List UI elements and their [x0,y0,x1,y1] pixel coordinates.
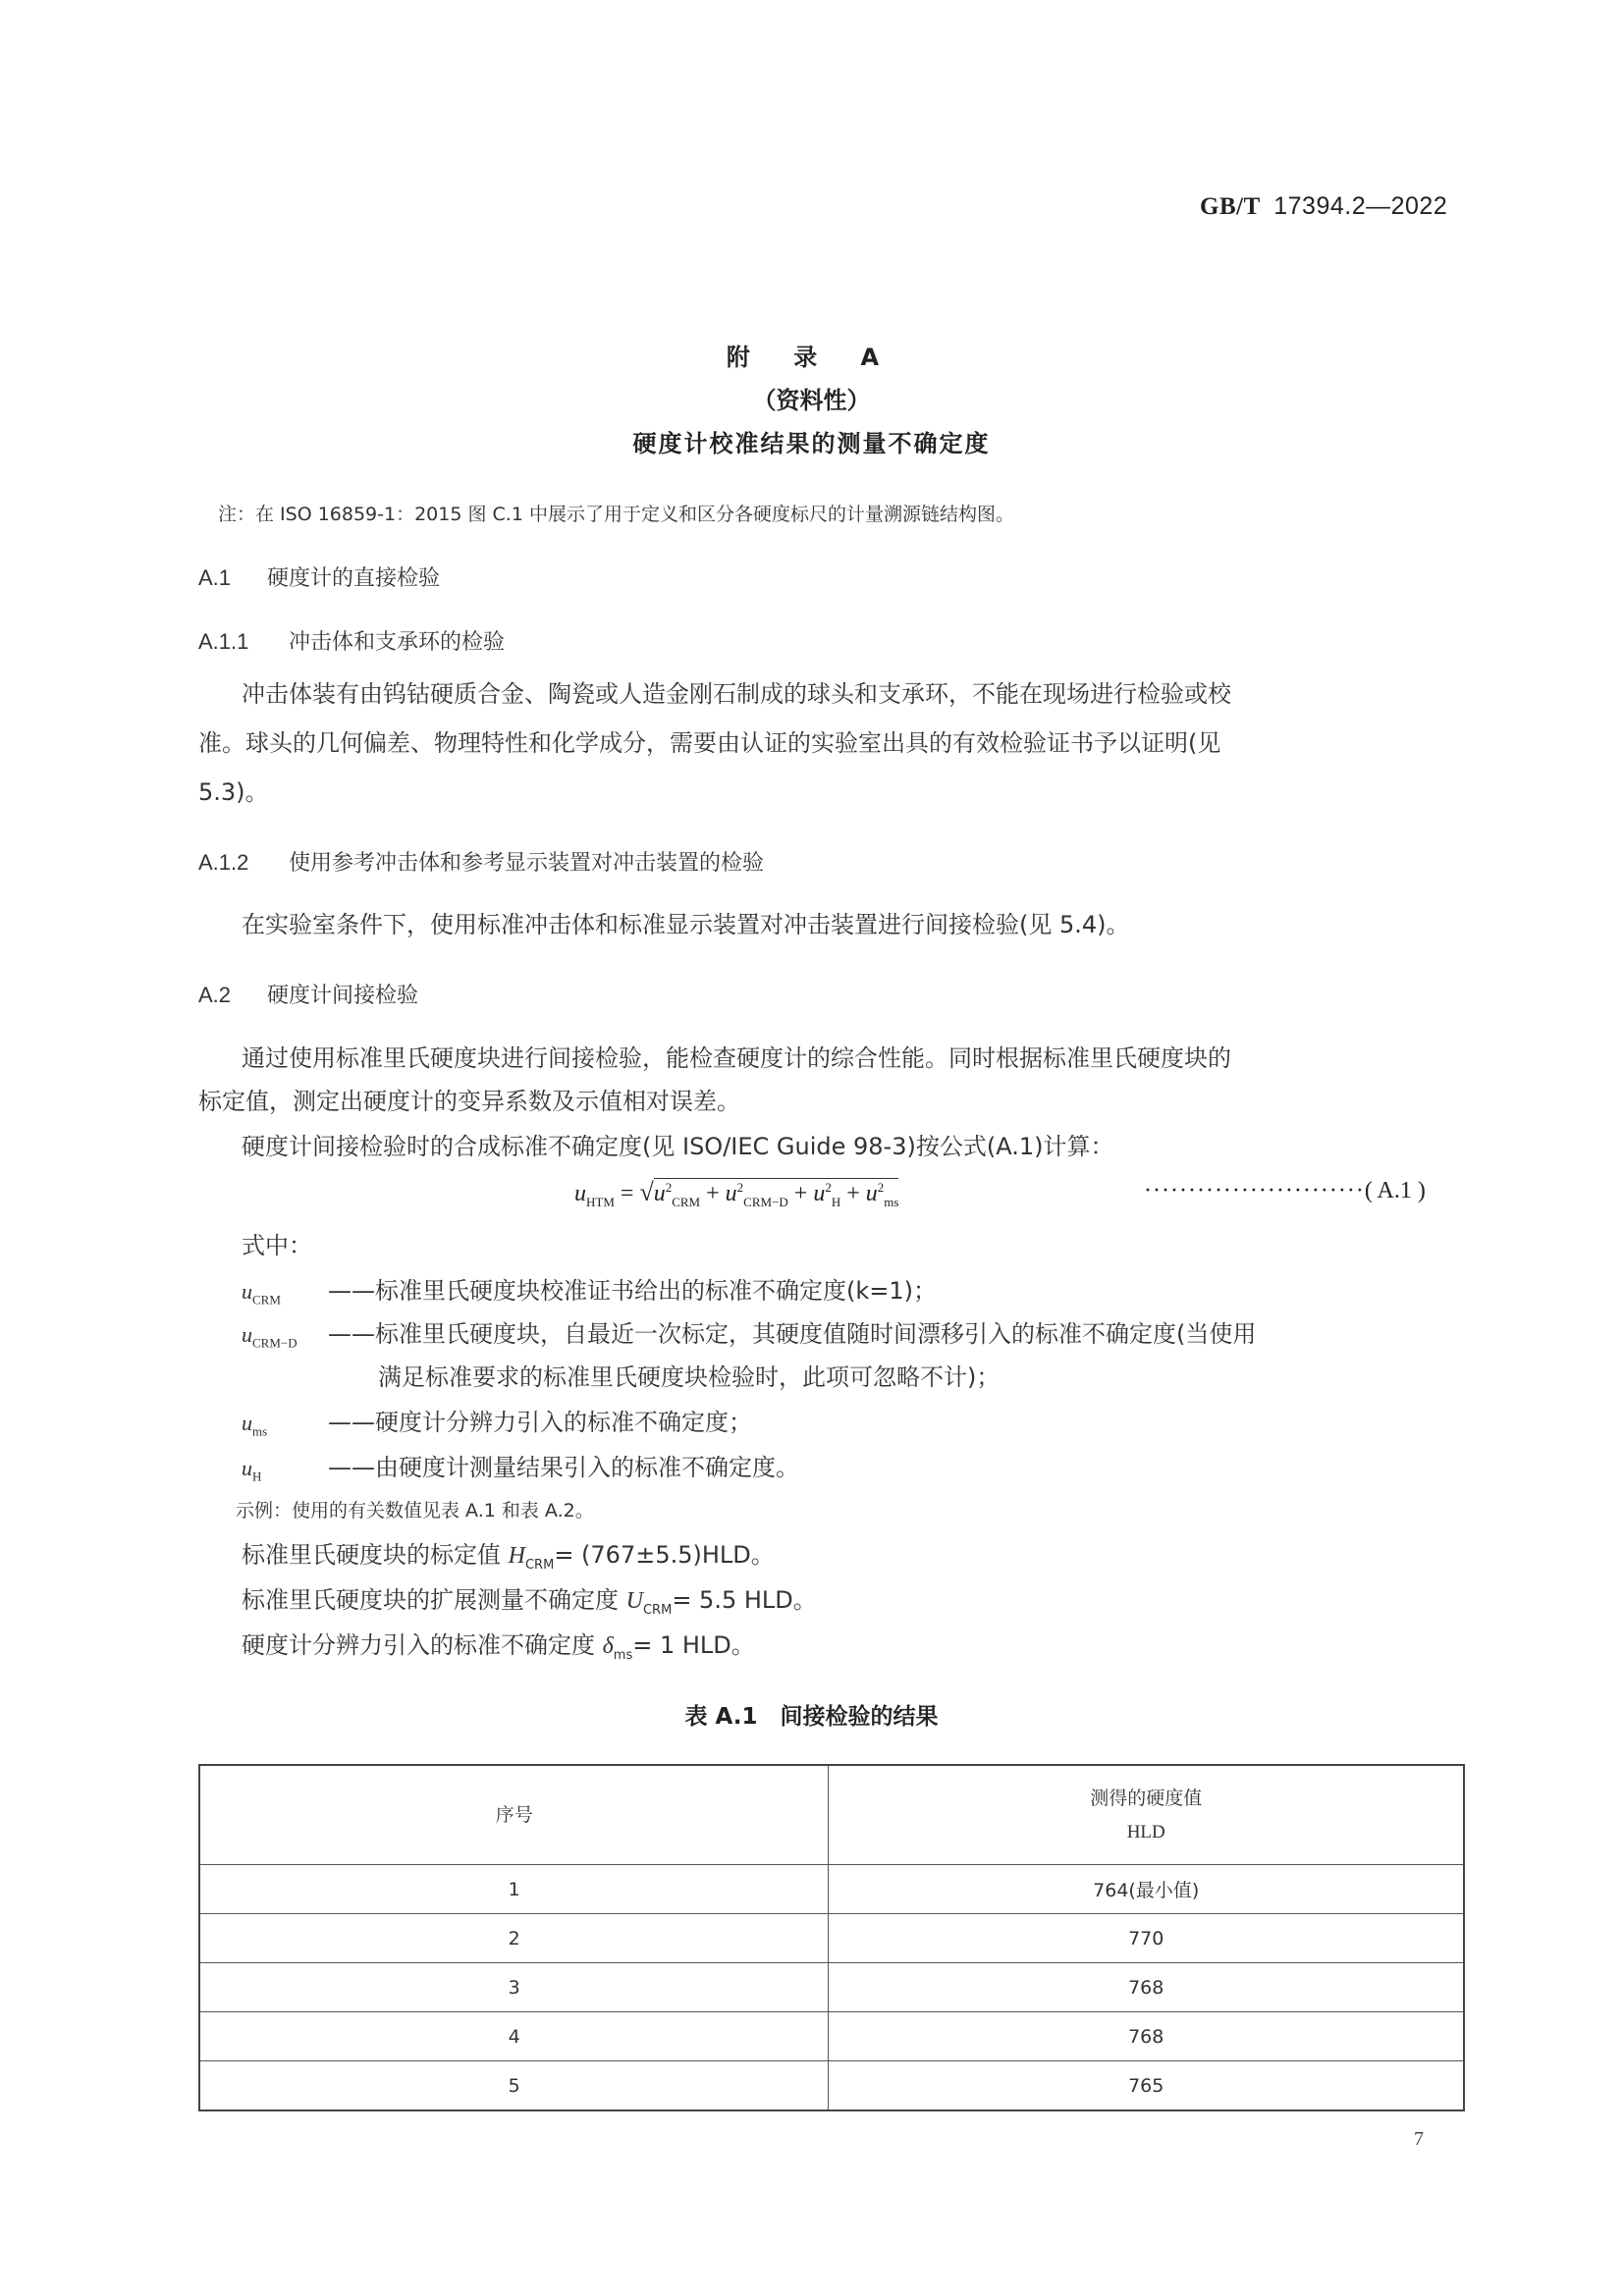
appendix-nature: （资料性） [0,381,1623,415]
example-line: 硬度计分辨力引入的标准不确定度 δms= 1 HLD。 [242,1624,755,1678]
table-header-row: 序号 测得的硬度值HLD [199,1765,1464,1865]
table-row: 5 765 [199,2061,1464,2111]
radicand: u2CRM + u2CRM−D + u2H + u2ms [654,1178,899,1206]
paragraph-line: 5.3)。 [198,771,269,815]
section-heading-a1-2: A.1.2使用参考冲击体和参考显示装置对冲击装置的检验 [198,846,764,877]
formula-a1: uHTM = √u2CRM + u2CRM−D + u2H + u2ms [574,1178,898,1210]
formula-number: ·························( A.1 ) [1144,1178,1426,1204]
results-table: 序号 测得的硬度值HLD 1 764(最小值) 2 770 3 768 4 76… [198,1764,1465,2111]
standard-prefix: GB/T [1200,193,1261,220]
standard-code: GB/T 17394.2—2022 [1200,192,1447,221]
cell-index: 4 [199,2012,829,2061]
cell-index: 2 [199,1914,829,1963]
section-heading-a1: A.1硬度计的直接检验 [198,561,440,592]
appendix-title: 硬度计校准结果的测量不确定度 [0,424,1623,458]
cell-value: 764(最小值) [829,1865,1464,1914]
table-row: 1 764(最小值) [199,1865,1464,1914]
cell-value: 765 [829,2061,1464,2111]
cell-index: 3 [199,1963,829,2012]
paragraph-line: 在实验室条件下，使用标准冲击体和标准显示装置对冲击装置进行间接检验(见 5.4)… [242,903,1130,947]
definition-continuation: 满足标准要求的标准里氏硬度块检验时，此项可忽略不计)； [378,1356,1000,1400]
section-number: A.1.1 [198,629,289,655]
cell-index: 5 [199,2061,829,2111]
cell-value: 768 [829,2012,1464,2061]
paragraph-line: 冲击体装有由钨钴硬质合金、陶瓷或人造金刚石制成的球头和支承环，不能在现场进行检验… [242,672,1231,717]
section-number: A.1 [198,565,267,591]
section-number: A.1.2 [198,850,289,876]
table-caption: 表 A.1 间接检验的结果 [0,1698,1623,1731]
sqrt-sign: √ [639,1178,653,1206]
paragraph-line: 通过使用标准里氏硬度块进行间接检验，能检查硬度计的综合性能。同时根据标准里氏硬度… [242,1037,1231,1081]
section-title: 硬度计的直接检验 [267,566,440,591]
column-header-index: 序号 [199,1765,829,1865]
paragraph-line: 标定值，测定出硬度计的变异系数及示值相对误差。 [198,1080,740,1124]
paragraph-line: 准。球头的几何偏差、物理特性和化学成分，需要由认证的实验室出具的有效检验证书予以… [198,721,1220,766]
formula-lhs: uHTM [574,1181,615,1206]
column-header-hardness: 测得的硬度值HLD [829,1765,1464,1865]
paragraph-line: 硬度计间接检验时的合成标准不确定度(见 ISO/IEC Guide 98-3)按… [242,1125,1113,1169]
note: 注：在 ISO 16859-1：2015 图 C.1 中展示了用于定义和区分各硬… [218,500,1014,526]
section-number: A.2 [198,983,267,1008]
table-row: 4 768 [199,2012,1464,2061]
table-row: 2 770 [199,1914,1464,1963]
section-title: 冲击体和支承环的检验 [289,630,505,655]
cell-value: 770 [829,1914,1464,1963]
example-intro: 示例：使用的有关数值见表 A.1 和表 A.2。 [236,1496,594,1522]
where-label: 式中： [242,1224,312,1268]
cell-index: 1 [199,1865,829,1914]
section-title: 使用参考冲击体和参考显示装置对冲击装置的检验 [289,851,764,876]
page-number: 7 [1414,2128,1424,2151]
section-heading-a1-1: A.1.1冲击体和支承环的检验 [198,625,505,656]
section-heading-a2: A.2硬度计间接检验 [198,979,418,1009]
appendix-label: 附 录 A [0,338,1623,372]
definition-item: uH——由硬度计测量结果引入的标准不确定度。 [242,1446,799,1498]
cell-value: 768 [829,1963,1464,2012]
table-row: 3 768 [199,1963,1464,2012]
section-title: 硬度计间接检验 [267,984,418,1008]
standard-number: 17394.2—2022 [1273,192,1447,220]
